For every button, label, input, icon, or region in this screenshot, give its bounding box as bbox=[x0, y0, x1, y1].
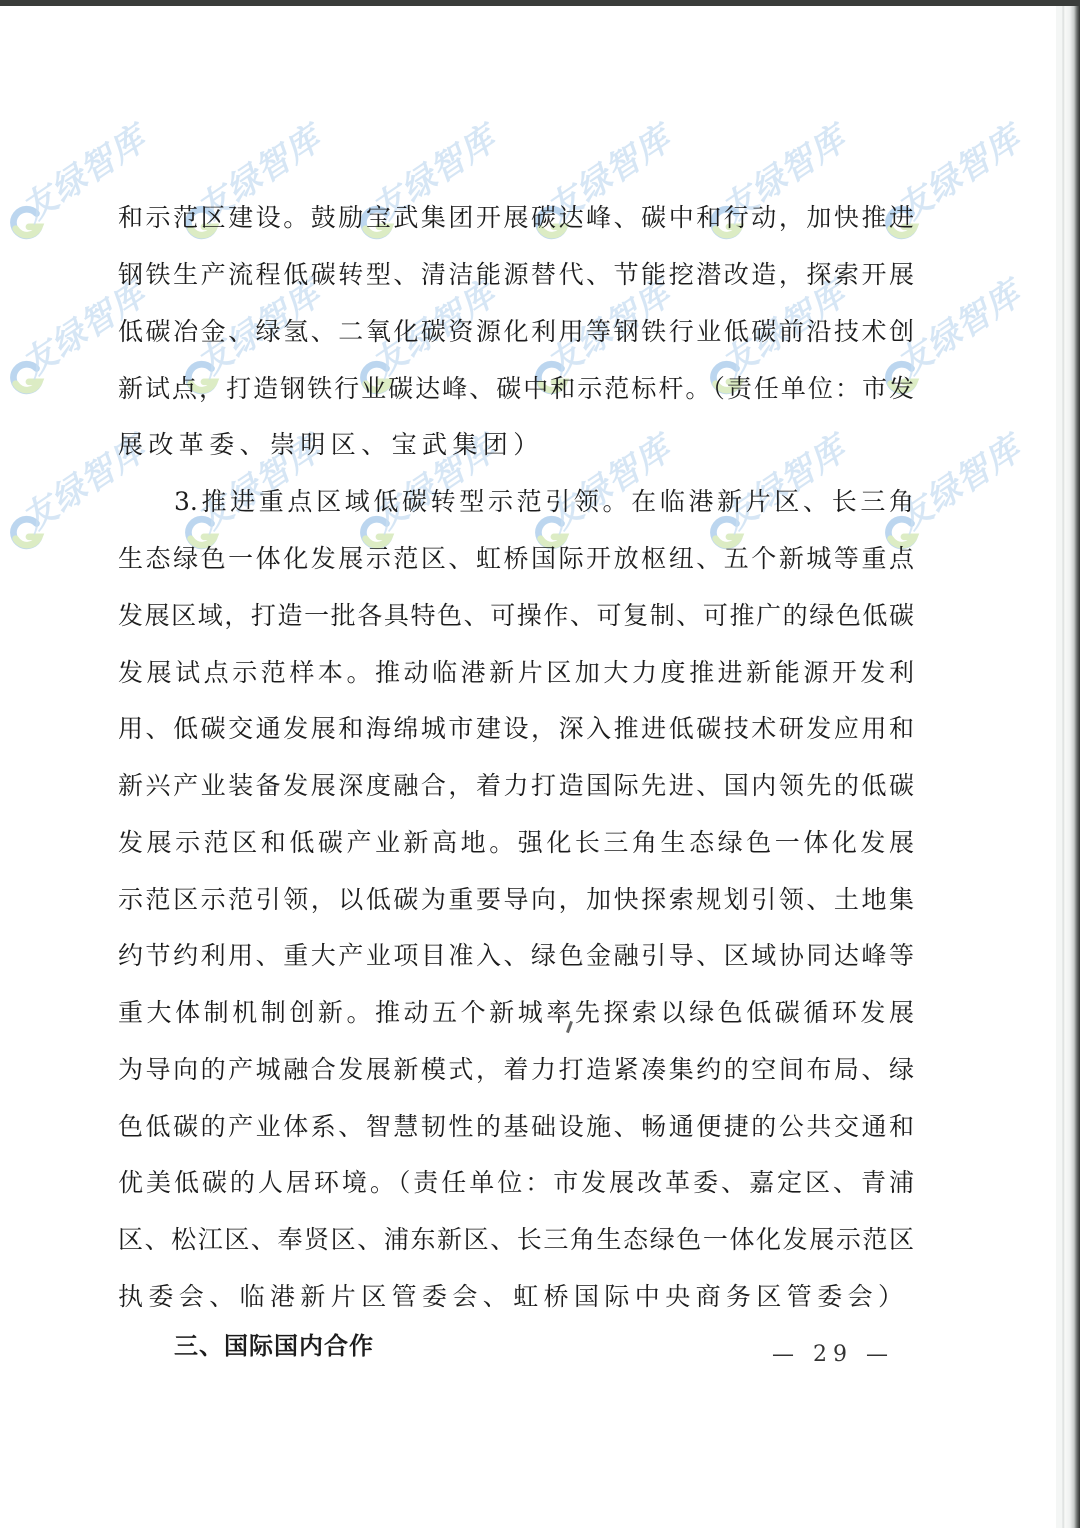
text-line: 用、低碳交通发展和海绵城市建设，深入推进低碳技术研发应用和 bbox=[118, 714, 914, 744]
text-line: 和示范区建设。鼓励宝武集团开展碳达峰、碳中和行动，加快推进 bbox=[118, 203, 914, 233]
text-line: 发展试点示范样本。推动临港新片区加大力度推进新能源开发利 bbox=[118, 658, 914, 688]
text-line: 发展区域，打造一批各具特色、可操作、可复制、可推广的绿色低碳 bbox=[118, 601, 914, 631]
text-line: 优美低碳的人居环境。（责任单位：市发展改革委、嘉定区、青浦 bbox=[118, 1168, 914, 1198]
text-line: 3.推进重点区域低碳转型示范引领。在临港新片区、长三角 bbox=[174, 487, 914, 517]
watermark-text: 友绿智库 bbox=[711, 422, 854, 541]
text-line: 生态绿色一体化发展示范区、虹桥国际开放枢纽、五个新城等重点 bbox=[118, 544, 914, 574]
text-line: 低碳冶金、绿氢、二氧化碳资源化利用等钢铁行业低碳前沿技术创 bbox=[118, 317, 914, 347]
section-heading: 三、国际国内合作 bbox=[174, 1326, 374, 1361]
text-line: 新试点，打造钢铁行业碳达峰、碳中和示范标杆。（责任单位：市发 bbox=[118, 374, 914, 404]
page-number: — 29 — bbox=[772, 1342, 894, 1367]
document-page: 友绿智库友绿智库友绿智库友绿智库友绿智库友绿智库友绿智库友绿智库友绿智库友绿智库… bbox=[0, 6, 1056, 1528]
g-logo-icon bbox=[8, 204, 46, 242]
text-line: 重大体制机制创新。推动五个新城率先探索以绿色低碳循环发展 bbox=[118, 998, 914, 1028]
text-line: 为导向的产城融合发展新模式，着力打造紧凑集约的空间布局、绿 bbox=[118, 1055, 914, 1085]
watermark-text: 友绿智库 bbox=[886, 422, 1029, 541]
text-line: 发展示范区和低碳产业新高地。强化长三角生态绿色一体化发展 bbox=[118, 828, 914, 858]
scan-right-border bbox=[1056, 6, 1080, 1528]
text-line: 执委会、临港新片区管委会、虹桥国际中央商务区管委会） bbox=[118, 1282, 908, 1312]
g-logo-icon bbox=[8, 359, 46, 397]
text-line: 区、松江区、奉贤区、浦东新区、长三角生态绿色一体化发展示范区 bbox=[118, 1225, 914, 1255]
g-logo-icon bbox=[8, 514, 46, 552]
watermark-text: 友绿智库 bbox=[536, 422, 679, 541]
text-line: 色低碳的产业体系、智慧韧性的基础设施、畅通便捷的公共交通和 bbox=[118, 1112, 914, 1142]
text-line: 钢铁生产流程低碳转型、清洁能源替代、节能挖潜改造，探索开展 bbox=[118, 260, 914, 290]
text-line: 约节约利用、重大产业项目准入、绿色金融引导、区域协同达峰等 bbox=[118, 941, 914, 971]
text-line: 展改革委、崇明区、宝武集团） bbox=[118, 430, 544, 460]
text-line: 新兴产业装备发展深度融合，着力打造国际先进、国内领先的低碳 bbox=[118, 771, 914, 801]
text-line: 示范区示范引领，以低碳为重要导向，加快探索规划引领、土地集 bbox=[118, 885, 914, 915]
